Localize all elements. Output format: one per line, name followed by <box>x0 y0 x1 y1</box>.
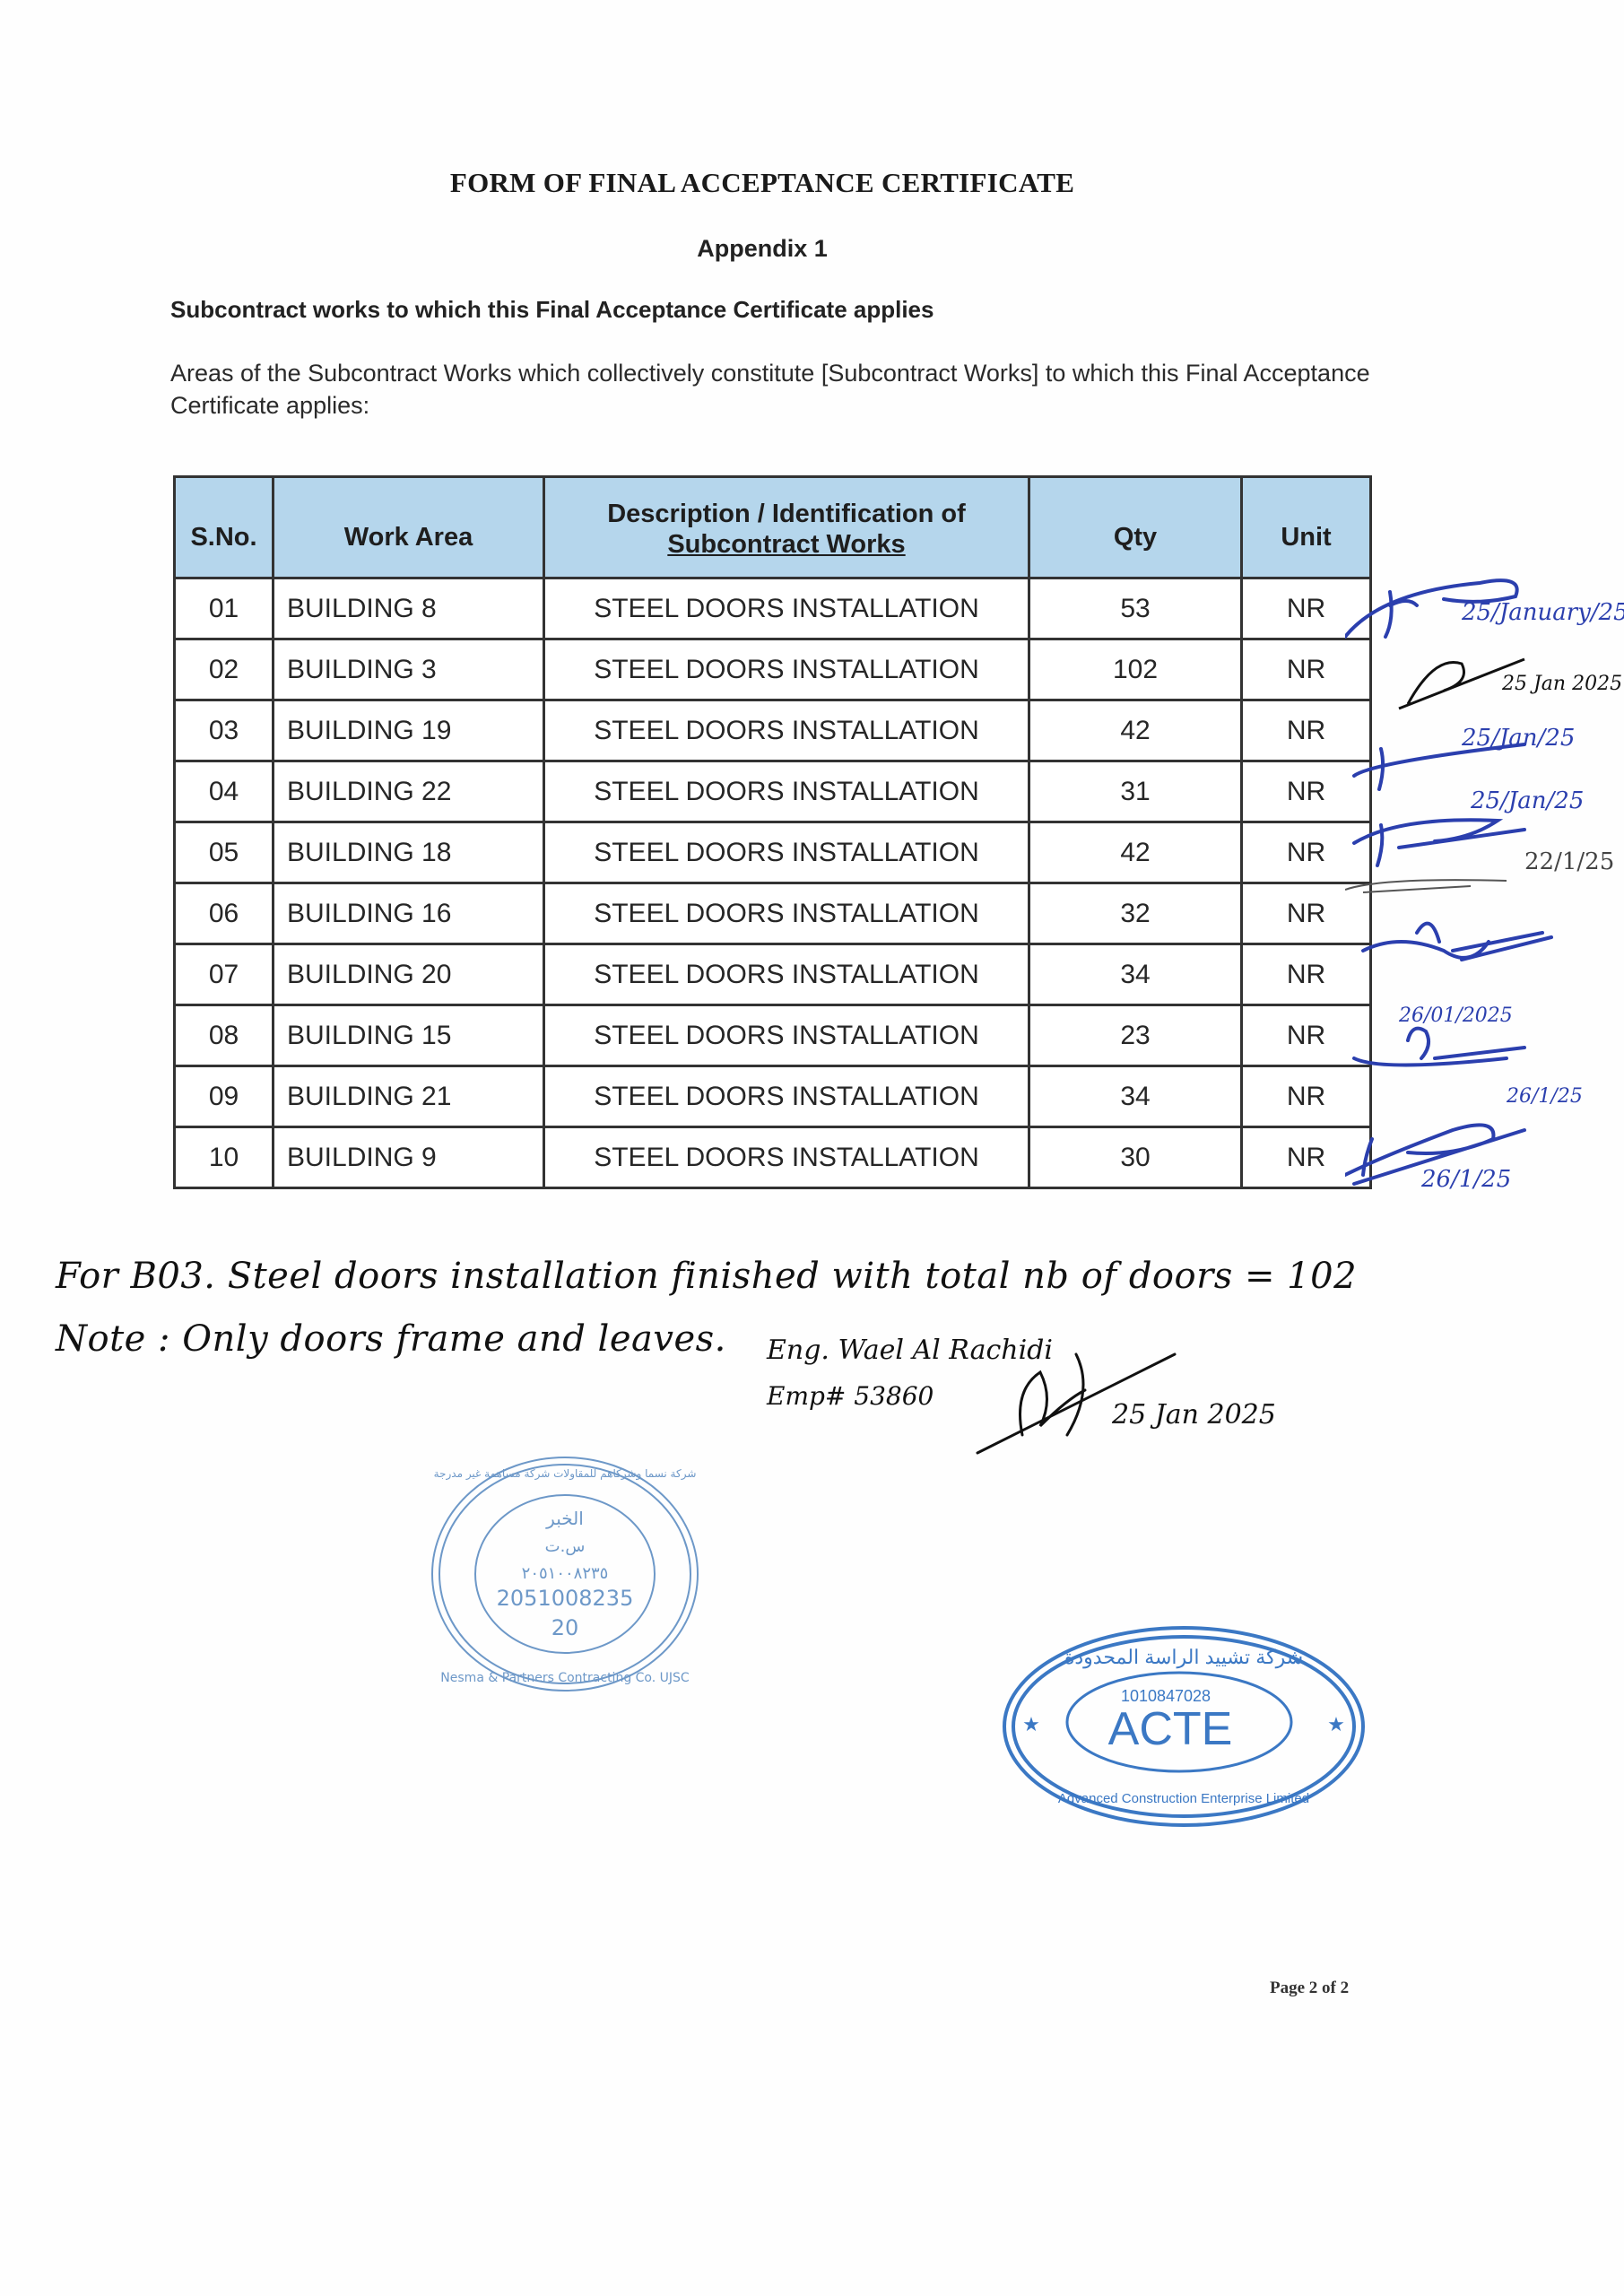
svg-text:الخبر: الخبر <box>545 1508 584 1529</box>
cell-work-area: BUILDING 8 <box>274 578 544 639</box>
cell-sno: 05 <box>175 822 274 883</box>
cell-description: STEEL DOORS INSTALLATION <box>544 1066 1029 1127</box>
nesma-company-stamp-icon: الخبر س.ت ٢٠٥١٠٠٨٢٣٥ 2051008235 20 Nesma… <box>421 1448 708 1700</box>
signer-date: 25 Jan 2025 <box>1112 1399 1276 1431</box>
svg-text:شركة نسما وشركاهم للمقاولات شر: شركة نسما وشركاهم للمقاولات شركة مساهمة … <box>434 1467 697 1481</box>
cell-work-area: BUILDING 21 <box>274 1066 544 1127</box>
cell-work-area: BUILDING 19 <box>274 700 544 761</box>
table-header-row: S.No. Work Area Description / Identifica… <box>175 477 1371 578</box>
cell-description: STEEL DOORS INSTALLATION <box>544 1005 1029 1066</box>
cell-sno: 01 <box>175 578 274 639</box>
cell-work-area: BUILDING 15 <box>274 1005 544 1066</box>
cell-sno: 04 <box>175 761 274 822</box>
section-subheading: Subcontract works to which this Final Ac… <box>170 296 934 324</box>
cell-description: STEEL DOORS INSTALLATION <box>544 578 1029 639</box>
signature-scribbles-icon <box>1345 556 1624 1238</box>
cell-description: STEEL DOORS INSTALLATION <box>544 883 1029 944</box>
table-row: 10BUILDING 9STEEL DOORS INSTALLATION30NR <box>175 1127 1371 1188</box>
cell-sno: 08 <box>175 1005 274 1066</box>
cell-description: STEEL DOORS INSTALLATION <box>544 700 1029 761</box>
cell-qty: 32 <box>1029 883 1242 944</box>
cell-description: STEEL DOORS INSTALLATION <box>544 761 1029 822</box>
page-number: Page 2 of 2 <box>1270 1979 1349 1998</box>
header-sno: S.No. <box>175 477 274 578</box>
document-page: FORM OF FINAL ACCEPTANCE CERTIFICATE App… <box>0 0 1624 2296</box>
cell-work-area: BUILDING 20 <box>274 944 544 1005</box>
header-qty: Qty <box>1029 477 1242 578</box>
signature-date-row10: 26/1/25 <box>1421 1166 1511 1193</box>
cell-qty: 31 <box>1029 761 1242 822</box>
cell-qty: 53 <box>1029 578 1242 639</box>
cell-sno: 10 <box>175 1127 274 1188</box>
table-row: 06BUILDING 16STEEL DOORS INSTALLATION32N… <box>175 883 1371 944</box>
signer-employee-number: Emp# 53860 <box>767 1381 934 1411</box>
signature-date-row05: 22/1/25 <box>1524 848 1614 875</box>
cell-description: STEEL DOORS INSTALLATION <box>544 1127 1029 1188</box>
table-row: 08BUILDING 15STEEL DOORS INSTALLATION23N… <box>175 1005 1371 1066</box>
cell-sno: 06 <box>175 883 274 944</box>
header-work-area: Work Area <box>274 477 544 578</box>
svg-text:ACTE: ACTE <box>1108 1703 1233 1755</box>
svg-text:٢٠٥١٠٠٨٢٣٥: ٢٠٥١٠٠٨٢٣٥ <box>522 1564 609 1583</box>
handwritten-note-line1: For B03. Steel doors installation finish… <box>56 1256 1357 1297</box>
works-table: S.No. Work Area Description / Identifica… <box>173 475 1372 1189</box>
cell-qty: 30 <box>1029 1127 1242 1188</box>
cell-qty: 42 <box>1029 822 1242 883</box>
table-row: 09BUILDING 21STEEL DOORS INSTALLATION34N… <box>175 1066 1371 1127</box>
appendix-label: Appendix 1 <box>0 235 1524 263</box>
cell-sno: 07 <box>175 944 274 1005</box>
signature-date-row07: 26/01/2025 <box>1399 1004 1513 1027</box>
table-row: 03BUILDING 19STEEL DOORS INSTALLATION42N… <box>175 700 1371 761</box>
svg-text:س.ت: س.ت <box>545 1537 586 1556</box>
svg-text:1010847028: 1010847028 <box>1121 1687 1211 1705</box>
cell-work-area: BUILDING 22 <box>274 761 544 822</box>
svg-text:★: ★ <box>1327 1713 1345 1735</box>
signature-date-row04: 25/Jan/25 <box>1471 787 1584 814</box>
svg-text:2051008235: 2051008235 <box>497 1586 634 1611</box>
svg-text:Advanced Construction Enterpri: Advanced Construction Enterprise Limited <box>1058 1791 1309 1806</box>
table-row: 07BUILDING 20STEEL DOORS INSTALLATION34N… <box>175 944 1371 1005</box>
acte-company-stamp-icon: شركة تشييد الراسة المحدودة 1010847028 AC… <box>995 1619 1372 1834</box>
svg-text:شركة تشييد الراسة المحدودة: شركة تشييد الراسة المحدودة <box>1064 1646 1303 1669</box>
svg-text:20: 20 <box>551 1615 579 1640</box>
cell-sno: 09 <box>175 1066 274 1127</box>
cell-description: STEEL DOORS INSTALLATION <box>544 822 1029 883</box>
margin-signatures: 25/January/25 25 Jan 2025 25/Jan/25 25/J… <box>1345 556 1624 1238</box>
cell-sno: 02 <box>175 639 274 700</box>
signature-date-row01: 25/January/25 <box>1462 599 1624 626</box>
header-description: Description / Identification of Subcontr… <box>544 477 1029 578</box>
cell-description: STEEL DOORS INSTALLATION <box>544 639 1029 700</box>
cell-work-area: BUILDING 16 <box>274 883 544 944</box>
cell-qty: 34 <box>1029 1066 1242 1127</box>
signature-date-row02: 25 Jan 2025 <box>1502 673 1622 695</box>
cell-qty: 42 <box>1029 700 1242 761</box>
cell-description: STEEL DOORS INSTALLATION <box>544 944 1029 1005</box>
cell-work-area: BUILDING 3 <box>274 639 544 700</box>
cell-sno: 03 <box>175 700 274 761</box>
table-row: 01BUILDING 8STEEL DOORS INSTALLATION53NR <box>175 578 1371 639</box>
table-row: 02BUILDING 3STEEL DOORS INSTALLATION102N… <box>175 639 1371 700</box>
cell-qty: 102 <box>1029 639 1242 700</box>
svg-text:★: ★ <box>1022 1713 1040 1735</box>
table-row: 05BUILDING 18STEEL DOORS INSTALLATION42N… <box>175 822 1371 883</box>
signature-date-row03: 25/Jan/25 <box>1462 725 1575 752</box>
svg-text:Nesma & Partners Contracting C: Nesma & Partners Contracting Co. UJSC <box>440 1671 690 1685</box>
table-row: 04BUILDING 22STEEL DOORS INSTALLATION31N… <box>175 761 1371 822</box>
handwritten-note-line2: Note : Only doors frame and leaves. <box>56 1318 726 1360</box>
cell-work-area: BUILDING 18 <box>274 822 544 883</box>
cell-qty: 23 <box>1029 1005 1242 1066</box>
signature-date-row09: 26/1/25 <box>1507 1085 1583 1108</box>
intro-paragraph: Areas of the Subcontract Works which col… <box>170 357 1372 422</box>
cell-work-area: BUILDING 9 <box>274 1127 544 1188</box>
cell-qty: 34 <box>1029 944 1242 1005</box>
document-title: FORM OF FINAL ACCEPTANCE CERTIFICATE <box>0 167 1524 199</box>
